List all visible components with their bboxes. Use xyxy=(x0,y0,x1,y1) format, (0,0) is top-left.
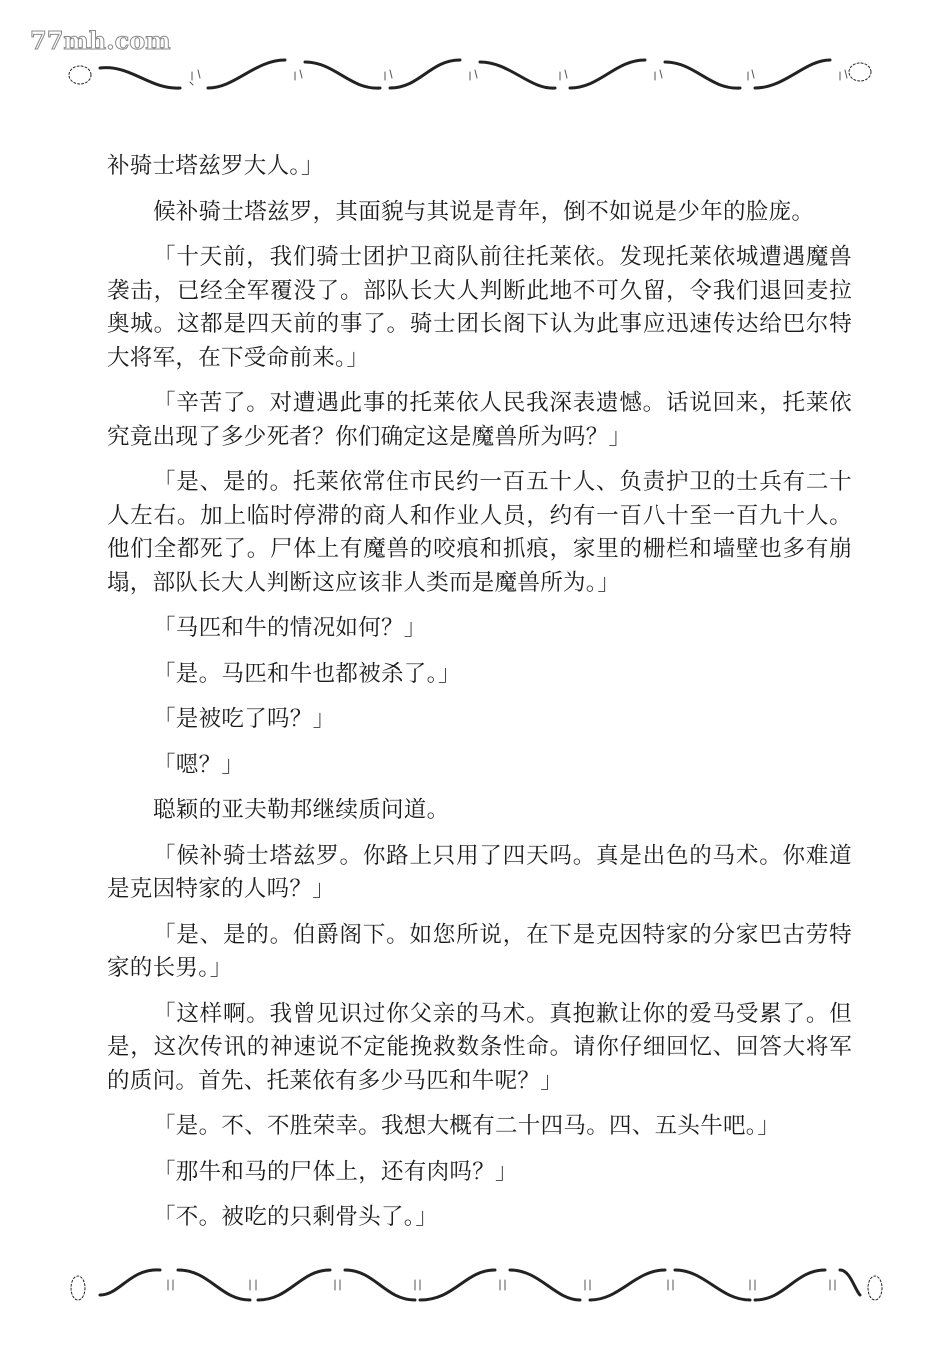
paragraph: 「嗯？」 xyxy=(107,749,852,783)
document-body: 补骑士塔兹罗大人。」 候补骑士塔兹罗，其面貌与其说是青年，倒不如说是少年的脸庞。… xyxy=(107,150,852,1247)
paragraph: 候补骑士塔兹罗，其面貌与其说是青年，倒不如说是少年的脸庞。 xyxy=(107,196,852,230)
paragraph: 补骑士塔兹罗大人。」 xyxy=(107,150,852,184)
paragraph: 「候补骑士塔兹罗。你路上只用了四天吗。真是出色的马术。你难道是克因特家的人吗？」 xyxy=(107,840,852,907)
paragraph: 「是、是的。托莱依常住市民约一百五十人、负责护卫的士兵有二十人左右。加上临时停滞… xyxy=(107,466,852,600)
paragraph: 「是。不、不胜荣幸。我想大概有二十四马。四、五头牛吧。」 xyxy=(107,1110,852,1144)
paragraph: 「马匹和牛的情况如何？」 xyxy=(107,612,852,646)
bottom-ornament-border xyxy=(60,1260,890,1310)
paragraph: 「不。被吃的只剩骨头了。」 xyxy=(107,1201,852,1235)
top-ornament-border xyxy=(60,50,890,100)
paragraph: 「是被吃了吗？」 xyxy=(107,703,852,737)
paragraph: 「辛苦了。对遭遇此事的托莱依人民我深表遗憾。话说回来，托莱依究竟出现了多少死者？… xyxy=(107,387,852,454)
paragraph: 「那牛和马的尸体上，还有肉吗？」 xyxy=(107,1156,852,1190)
paragraph: 聪颖的亚夫勒邦继续质问道。 xyxy=(107,794,852,828)
paragraph: 「这样啊。我曾见识过你父亲的马术。真抱歉让你的爱马受累了。但是，这次传讯的神速说… xyxy=(107,998,852,1099)
paragraph: 「是、是的。伯爵阁下。如您所说，在下是克因特家的分家巴古劳特家的长男。」 xyxy=(107,919,852,986)
paragraph: 「十天前，我们骑士团护卫商队前往托莱依。发现托莱依城遭遇魔兽袭击，已经全军覆没了… xyxy=(107,241,852,375)
paragraph: 「是。马匹和牛也都被杀了。」 xyxy=(107,658,852,692)
